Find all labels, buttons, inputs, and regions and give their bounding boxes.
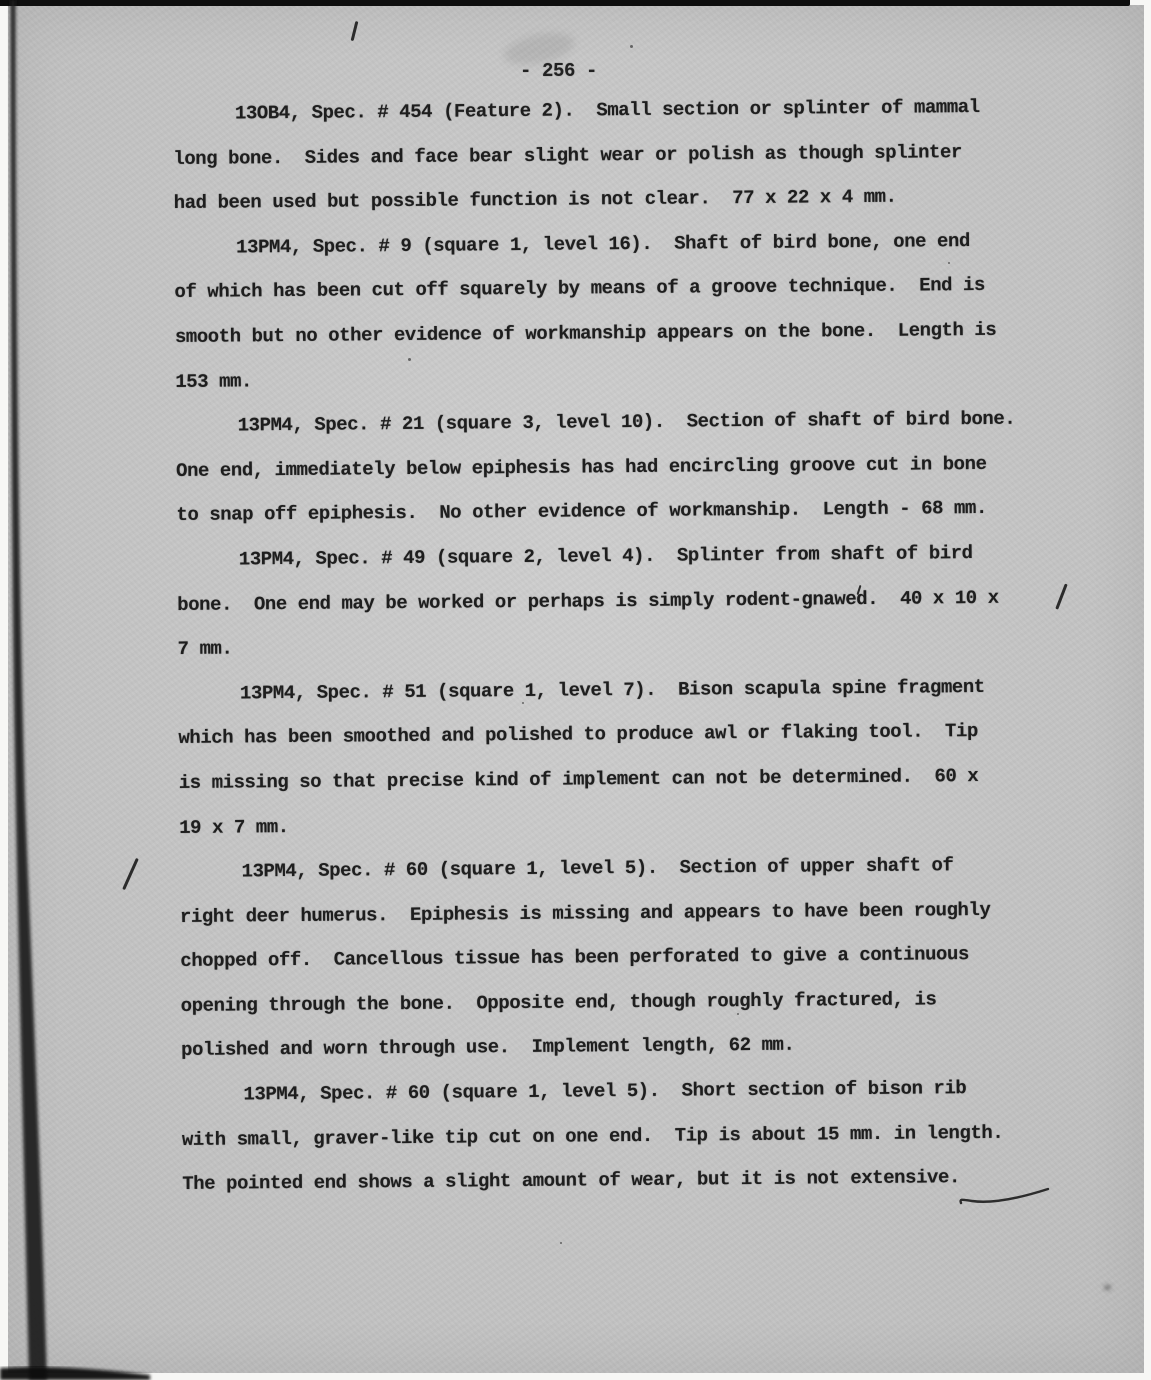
text-line: 153 mm. <box>175 352 1035 404</box>
paragraph: 13PM4, Spec. # 60 (square 1, level 5). S… <box>179 843 1041 1073</box>
paragraph: 13PM4, Spec. # 49 (square 2, level 4). S… <box>177 530 1038 671</box>
text-line: right deer humerus. Epiphesis is missing… <box>180 887 1040 939</box>
text-line: of which has been cut off squarely by me… <box>174 263 1034 315</box>
text-line: had been used but possible function is n… <box>174 174 1034 226</box>
text-line: 13PM4, Spec. # 51 (square 1, level 7). B… <box>178 664 1038 716</box>
scan-speckle <box>522 702 524 704</box>
text-line: The pointed end shows a slight amount of… <box>182 1155 1042 1207</box>
typed-text-block: 13OB4, Spec. # 454 (Feature 2). Small se… <box>173 85 1043 1207</box>
scan-speckle <box>737 1013 739 1015</box>
text-line: opening through the bone. Opposite end, … <box>181 976 1041 1028</box>
paragraph: 13OB4, Spec. # 454 (Feature 2). Small se… <box>173 85 1034 226</box>
scan-speckle <box>408 358 411 361</box>
text-line: 19 x 7 mm. <box>179 798 1039 850</box>
text-line: 13PM4, Spec. # 49 (square 2, level 4). S… <box>177 530 1037 582</box>
binding-shadow-icon <box>0 0 170 1380</box>
text-line: 13PM4, Spec. # 60 (square 1, level 5). S… <box>179 843 1039 895</box>
text-line: One end, immediately below epiphesis has… <box>176 441 1036 493</box>
text-line: long bone. Sides and face bear slight we… <box>173 129 1033 181</box>
scan-speckle <box>948 262 950 264</box>
text-line: 13PM4, Spec. # 9 (square 1, level 16). S… <box>174 218 1034 270</box>
text-line: 13OB4, Spec. # 454 (Feature 2). Small se… <box>173 85 1033 137</box>
paragraph: 13PM4, Spec. # 21 (square 3, level 10). … <box>175 397 1036 538</box>
paragraph: 13PM4, Spec. # 9 (square 1, level 16). S… <box>174 218 1036 404</box>
page-number: - 256 - <box>520 60 597 82</box>
scan-speckle <box>630 45 633 48</box>
text-line: which has been smoothed and polished to … <box>178 709 1038 761</box>
text-line: chopped off. Cancellous tissue has been … <box>180 932 1040 984</box>
text-line: bone. One end may be worked or perhaps i… <box>177 575 1037 627</box>
scan-speckle <box>560 1242 562 1244</box>
text-line: polished and worn through use. Implement… <box>181 1021 1041 1073</box>
text-line: 13PM4, Spec. # 21 (square 3, level 10). … <box>175 397 1035 449</box>
text-line: 7 mm. <box>177 620 1037 672</box>
text-line: smooth but no other evidence of workmans… <box>175 307 1035 359</box>
paragraph: 13PM4, Spec. # 60 (square 1, level 5). S… <box>181 1066 1042 1207</box>
pen-squiggle-icon <box>958 1184 1053 1208</box>
text-line: to snap off epiphesis. No other evidence… <box>176 486 1036 538</box>
text-line: 13PM4, Spec. # 60 (square 1, level 5). S… <box>181 1066 1041 1118</box>
scan-speckle <box>1104 1285 1111 1290</box>
paragraph: 13PM4, Spec. # 51 (square 1, level 7). B… <box>178 664 1040 850</box>
text-line: is missing so that precise kind of imple… <box>179 753 1039 805</box>
text-line: with small, graver-like tip cut on one e… <box>182 1110 1042 1162</box>
